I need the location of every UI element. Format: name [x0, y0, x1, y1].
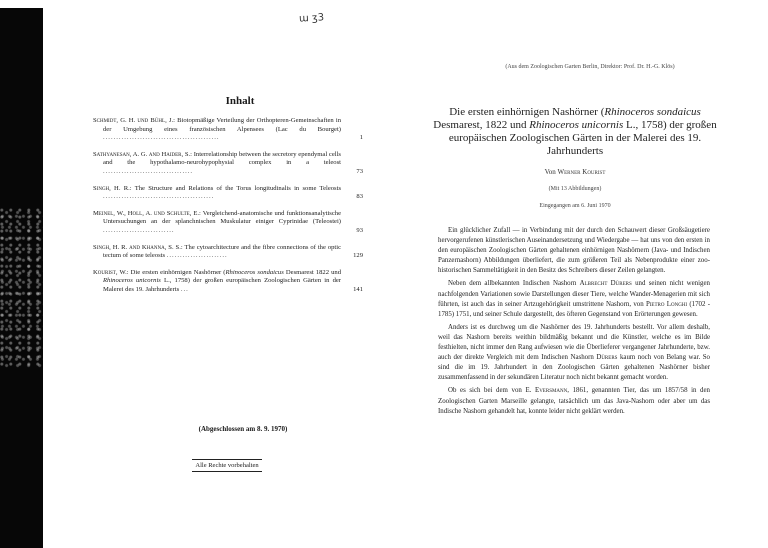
toc-leader: ........................................… — [103, 193, 214, 200]
handwritten-note: ɯ ʒ3 — [299, 12, 325, 24]
toc-authors: Singh, H. R.: — [93, 185, 132, 192]
toc-page-number: 83 — [345, 193, 363, 202]
toc-leader: .................................. — [103, 168, 193, 175]
toc-authors: Sathyanesan, A. G. and Haider, S.: — [93, 151, 192, 158]
toc-page-number: 73 — [345, 168, 363, 177]
toc-page-number: 1 — [345, 134, 363, 143]
rights-notice: Alle Rechte vorbehalten — [192, 459, 262, 472]
toc-heading: Inhalt — [200, 95, 280, 107]
person-name: Albrecht Dürers — [580, 280, 632, 287]
person-name: Pietro Longhi — [646, 301, 687, 308]
toc-entry[interactable]: Meinel, W., Holl, A. und Schulte, E.: Ve… — [93, 210, 363, 236]
toc-title-species: Rhinoceros unicornis — [103, 277, 161, 284]
toc-leader: ... — [181, 286, 189, 293]
toc-page-number: 141 — [345, 286, 363, 295]
toc-title-part: Desmarest 1822 und — [284, 269, 341, 276]
person-name: Eversmann — [535, 387, 567, 394]
toc-title-part: Die ersten einhörnigen Nashörner ( — [131, 269, 226, 276]
toc-authors: Kourist, W.: — [93, 269, 129, 276]
person-name: Dürers — [596, 354, 617, 361]
toc-entry[interactable]: Schmidt, G. H. und Bühl, J.: Biotopmäßig… — [93, 117, 363, 143]
title-species: Rhinoceros unicornis — [529, 119, 623, 131]
paragraph: Anders ist es durchweg um die Nashörner … — [438, 323, 710, 384]
toc-entry[interactable]: Singh, H. R.: The Structure and Relation… — [93, 185, 363, 202]
toc-entry[interactable]: Singh, H. R. and Khanna, S. S.: The cyto… — [93, 244, 363, 261]
byline: Von Werner Kourist — [440, 168, 710, 176]
toc-authors: Schmidt, G. H. und Bühl, J.: — [93, 117, 175, 124]
toc-entry[interactable]: Sathyanesan, A. G. and Haider, S.: Inter… — [93, 151, 363, 177]
toc-entry[interactable]: Kourist, W.: Die ersten einhörnigen Nash… — [93, 269, 363, 295]
paragraph: Ob es sich bei dem von E. Eversmann, 186… — [438, 386, 710, 416]
title-part: Die ersten einhörnigen Nashörner ( — [449, 106, 604, 118]
author-name: Werner Kourist — [558, 168, 606, 176]
toc-authors: Singh, H. R. and Khanna, S. S.: — [93, 244, 183, 251]
byline-prefix: Von — [545, 168, 558, 176]
table-of-contents: Schmidt, G. H. und Bühl, J.: Biotopmäßig… — [93, 117, 363, 303]
paragraph: Ein glücklicher Zufall — in Verbindung m… — [438, 226, 710, 276]
institution-line: (Aus dem Zoologischen Garten Berlin, Dir… — [440, 64, 740, 70]
toc-page-number: 93 — [345, 227, 363, 236]
toc-leader: ........................... — [103, 227, 175, 234]
article-body: Ein glücklicher Zufall — in Verbindung m… — [438, 226, 710, 420]
title-part: Desmarest, 1822 und — [433, 119, 529, 131]
title-species: Rhinoceros sondaicus — [604, 106, 700, 118]
text-run: Ob es sich bei dem von E. — [448, 387, 535, 394]
text-run: Neben dem allbekannten Indischen Nashorn — [448, 280, 580, 287]
toc-title: The Structure and Relations of the Torus… — [135, 185, 341, 192]
toc-leader: ........................................… — [103, 134, 220, 141]
article-title: Die ersten einhörnigen Nashörner (Rhinoc… — [430, 106, 720, 158]
toc-authors: Meinel, W., Holl, A. und Schulte, E.: — [93, 210, 201, 217]
closing-date-note: (Abgeschlossen am 8. 9. 1970) — [178, 425, 308, 433]
toc-leader: ....................... — [167, 252, 228, 259]
toc-page-number: 129 — [345, 252, 363, 261]
scan-binding-shadow — [0, 8, 43, 548]
toc-title-species: Rhinoceros sondaicus — [226, 269, 284, 276]
figure-count: (Mit 13 Abbildungen) — [440, 186, 710, 192]
paragraph: Neben dem allbekannten Indischen Nashorn… — [438, 279, 710, 319]
received-date: Eingegangen am 6. Juni 1970 — [440, 203, 710, 209]
